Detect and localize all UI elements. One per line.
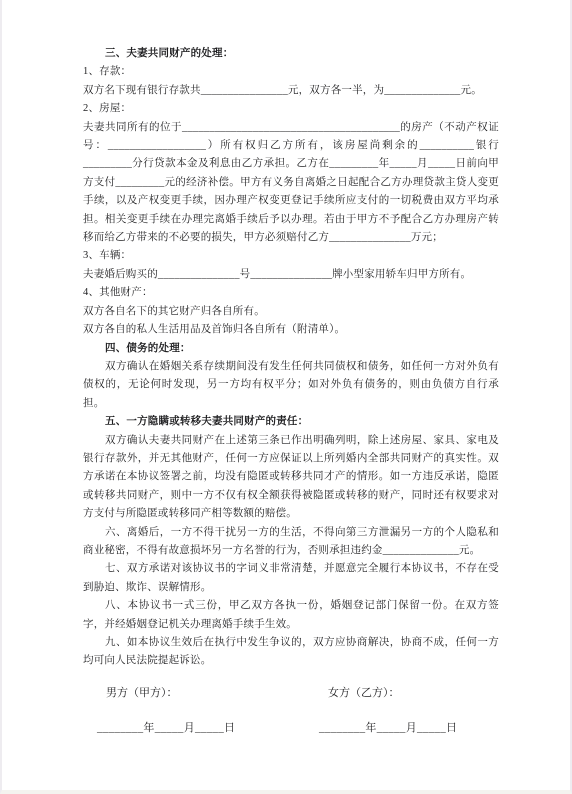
signature-block: 男方（甲方）： ________年_____月_____日 女方（乙方）： __… — [83, 684, 519, 737]
document-body: 三、夫妻共同财产的处理：1、存款：双方名下现有银行存款共____________… — [83, 45, 499, 671]
party-b-signature-area: 女方（乙方）： ________年_____月_____日 — [305, 684, 519, 737]
paragraph: 夫妻共同所有的位于_______________________________… — [83, 119, 499, 248]
paragraph: 双方确认夫妻共同财产在上述第三条已作出明确列明，除上述房屋、家具、家电及银行存款… — [83, 432, 499, 524]
paragraph: 双方确认在婚姻关系存续期间没有发生任何共同债权和债务，如任何一方对外负有债权的，… — [83, 358, 499, 413]
section-heading: 五、一方隐瞒或转移夫妻共同财产的责任： — [83, 413, 499, 431]
party-a-label: 男方（甲方）： — [83, 684, 305, 702]
paragraph: 九、如本协议生效后在执行中发生争议的，双方应协商解决，协商不成，任何一方均可向人… — [83, 634, 499, 671]
party-a-signature-area: 男方（甲方）： ________年_____月_____日 — [83, 684, 305, 737]
paragraph: 六、离婚后，一方不得干扰另一方的生活，不得向第三方泄漏另一方的个人隐私和商业秘密… — [83, 524, 499, 561]
party-b-label: 女方（乙方）： — [305, 684, 519, 702]
paragraph: 2、房屋： — [83, 100, 499, 118]
paragraph: 4、其他财产： — [83, 284, 499, 302]
paragraph: 夫妻婚后购买的_______________号_______________牌小… — [83, 266, 499, 284]
section-heading: 四、债务的处理： — [83, 340, 499, 358]
paragraph: 双方各自的私人生活用品及首饰归各自所有（附清单）。 — [83, 321, 499, 339]
paragraph: 1、存款： — [83, 63, 499, 81]
paragraph: 双方名下现有银行存款共________________元，双方各一半，为____… — [83, 82, 499, 100]
party-a-date-line: ________年_____月_____日 — [83, 719, 305, 737]
paragraph: 双方各自名下的其它财产归各自所有。 — [83, 303, 499, 321]
paragraph: 八、本协议书一式三份，甲乙双方各执一份，婚姻登记部门保留一份。在双方签字，并经婚… — [83, 597, 499, 634]
paragraph: 七、双方承诺对该协议书的字词义非常清楚，并愿意完全履行本协议书，不存在受到胁迫、… — [83, 560, 499, 597]
paragraph: 3、车辆： — [83, 247, 499, 265]
section-heading: 三、夫妻共同财产的处理： — [83, 45, 499, 63]
document-page: 三、夫妻共同财产的处理：1、存款：双方名下现有银行存款共____________… — [0, 0, 572, 794]
party-b-date-line: ________年_____月_____日 — [305, 719, 519, 737]
